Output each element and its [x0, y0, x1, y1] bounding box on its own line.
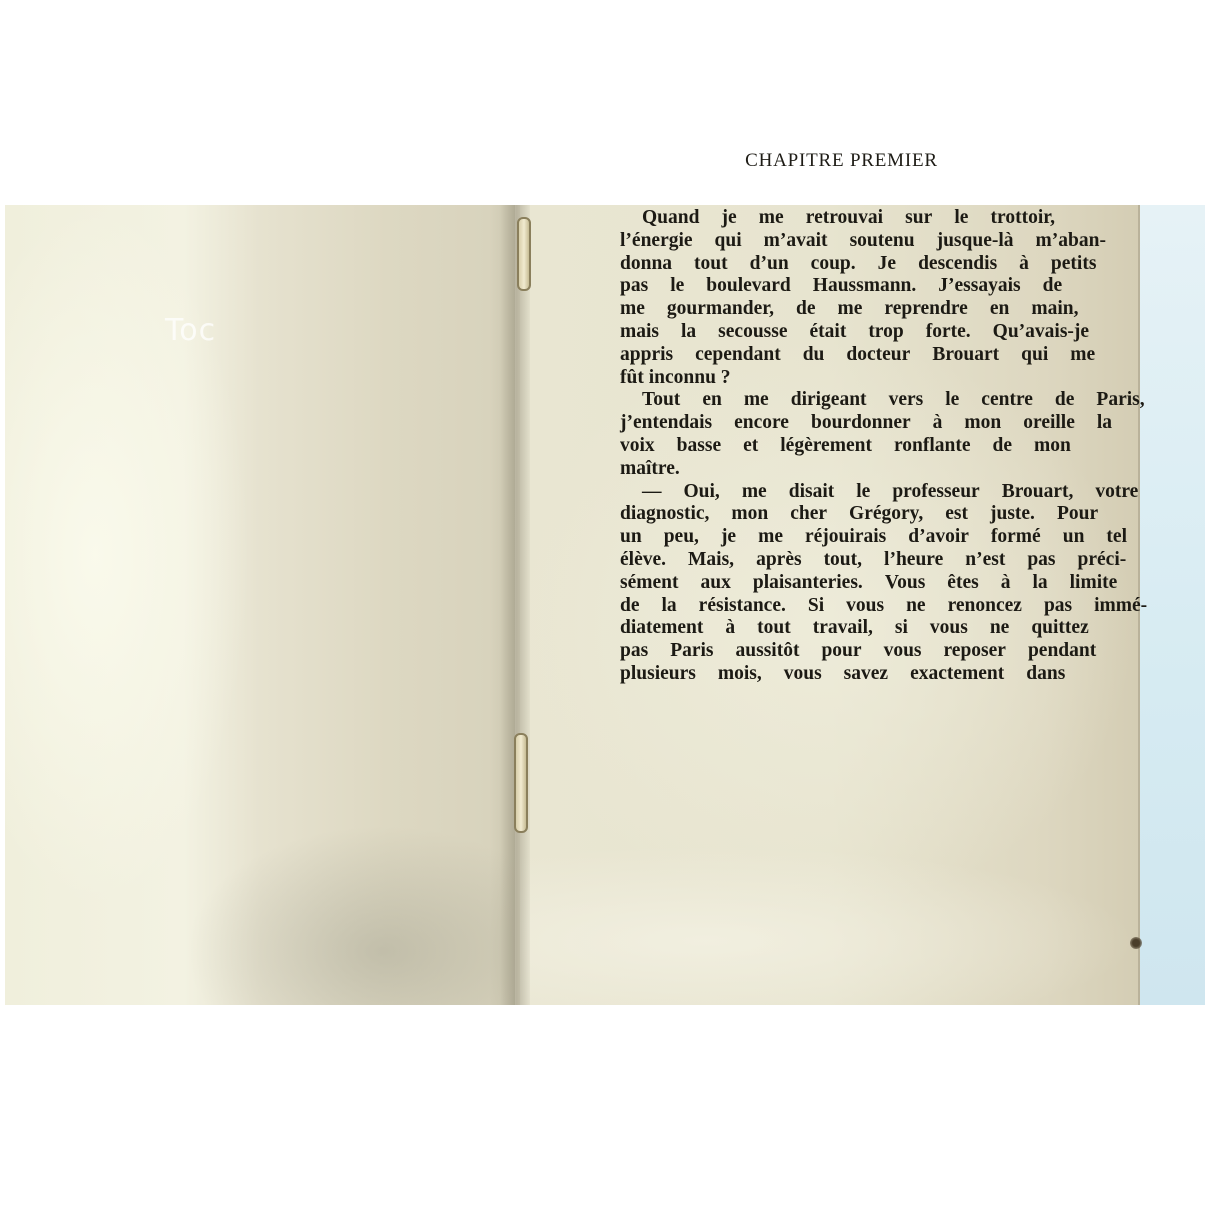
text-line: plusieursmois,voussavezexactementdans — [598, 663, 1055, 686]
text-line: fût inconnu ? — [598, 367, 1055, 390]
text-line: ToutenmedirigeantverslecentredeParis, — [598, 389, 1055, 412]
text-line: pasParisaussitôtpourvousreposerpendant — [598, 640, 1055, 663]
paragraph-3: —Oui,medisaitleprofesseurBrouart,votre d… — [598, 481, 1055, 686]
text-line: appriscependantdudocteurBrouartquime — [598, 344, 1055, 367]
foxing-spot — [1130, 937, 1142, 949]
page-text: CHAPITRE PREMIER Quandjemeretrouvaisurle… — [598, 140, 1055, 686]
text-line: voixbasseetlégèrementronflantedemon — [598, 435, 1055, 458]
binding-stitch-bottom — [514, 733, 528, 833]
text-line: diagnostic,moncherGrégory,estjuste.Pour — [598, 503, 1055, 526]
text-line: sémentauxplaisanteries.Vousêtesàlalimite — [598, 572, 1055, 595]
text-line: donnatoutd’uncoup.Jedescendisàpetits — [598, 253, 1055, 276]
watermark: Toc — [165, 313, 216, 348]
text-line: delarésistance.Sivousnerenoncezpasimmé- — [598, 595, 1055, 618]
text-line: j’entendaisencorebourdonneràmonoreillela — [598, 412, 1055, 435]
paragraph-1: Quandjemeretrouvaisurletrottoir, l’énerg… — [598, 207, 1055, 389]
text-line: l’énergiequim’avaitsoutenujusque-làm’aba… — [598, 230, 1055, 253]
paragraph-2: ToutenmedirigeantverslecentredeParis, j’… — [598, 389, 1055, 480]
chapter-title: CHAPITRE PREMIER — [628, 150, 1055, 172]
text-line: —Oui,medisaitleprofesseurBrouart,votre — [598, 481, 1055, 504]
book-gutter — [500, 205, 530, 1005]
text-line: maître. — [598, 458, 1055, 481]
text-line: pasleboulevardHaussmann.J’essayaisde — [598, 275, 1055, 298]
binding-stitch-top — [517, 217, 531, 291]
text-line: maislasecousseétaittropforte.Qu’avais-je — [598, 321, 1055, 344]
text-line: megourmander,demereprendreenmain, — [598, 298, 1055, 321]
text-line: unpeu,jemeréjouiraisd’avoirforméuntel — [598, 526, 1055, 549]
text-line: Quandjemeretrouvaisurletrottoir, — [598, 207, 1055, 230]
text-line: diatementàtouttravail,sivousnequittez — [598, 617, 1055, 640]
blue-backdrop — [1140, 205, 1205, 1005]
text-line: élève.Mais,aprèstout,l’heuren’estpaspréc… — [598, 549, 1055, 572]
left-page: Toc — [5, 205, 515, 1005]
